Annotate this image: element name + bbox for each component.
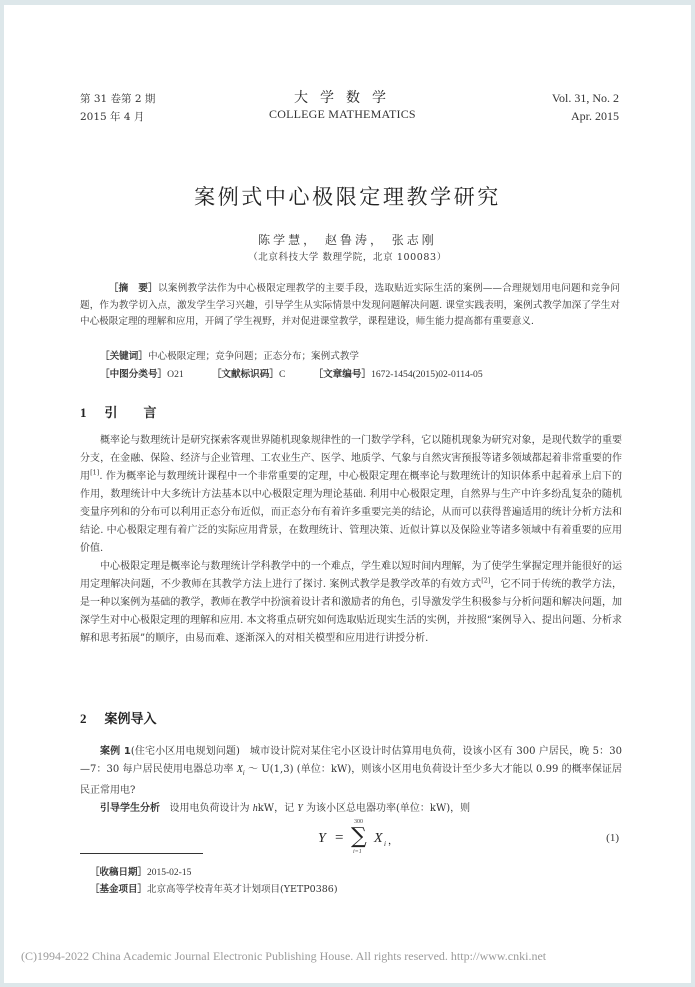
paragraph: 中心极限定理是概率论与数理统计学科教学中的一个难点，学生难以短时间内理解，为了使… [80,558,622,648]
abstract-block: ［摘 要］以案例教学法作为中心极限定理教学的主要手段，选取贴近实际生活的案例——… [80,281,620,331]
case-subtitle: (住宅小区用电规划问题) [131,746,240,757]
paragraph-text: 设用电负荷设计为 [170,803,253,814]
section-2-number: 2 [80,711,87,726]
section-2-body: 案例 1(住宅小区用电规划问题) 城市设计院对某住宅小区设计时估算用电负荷，设该… [80,743,622,818]
abstract-label: ［摘 要］ [109,283,158,294]
equation-number: (1) [606,832,619,844]
header-vol-no: Vol. 31, No. 2 [552,91,619,106]
journal-page: 第 31 卷第 2 期 2015 年 4 月 大学数学 COLLEGE MATH… [4,5,691,983]
guide-paragraph: 引导学生分析 设用电负荷设计为 hkW，记 Y 为该小区总电器功率(单位：kW)… [80,800,622,818]
footnote-rule [80,853,203,854]
section-1-number: 1 [80,405,87,420]
footnote-fund: ［基金项目］北京高等学校青年英才计划项目(YETP0386) [90,881,338,895]
eq-summand: X [374,831,383,847]
section-2-title: 案例导入 [105,712,157,727]
fund-label: ［基金项目］ [90,884,147,895]
paragraph: 概率论与数理统计是研究探索客观世界随机现象规律性的一门数学学科，它以随机现象为研… [80,432,622,558]
paragraph-text: 为该小区总电器功率(单位：kW)，则 [303,803,470,814]
paragraph-text: kW，记 [258,803,298,814]
sum-lower-limit: i=1 [353,849,362,855]
case-1-paragraph: 案例 1(住宅小区用电规划问题) 城市设计院对某住宅小区设计时估算用电负荷，设该… [80,743,622,800]
eq-equals: = [335,830,343,847]
header-month-year: Apr. 2015 [571,109,619,124]
abstract-text: 以案例教学法作为中心极限定理教学的主要手段，选取贴近实际生活的案例——合理规划用… [80,283,620,327]
section-1-heading: 1引 言 [80,402,157,421]
section-1-title: 引 言 [105,406,157,421]
eq-lhs: Y [318,831,326,847]
copyright-notice: (C)1994-2022 China Academic Journal Elec… [21,949,546,964]
section-1-body: 概率论与数理统计是研究探索客观世界随机现象规律性的一门数学学科，它以随机现象为研… [80,432,622,648]
doc-code-label: ［文献标识码］ [212,369,279,380]
article-affiliation: （北京科技大学 数理学院，北京 100083） [4,249,691,263]
clc-value: O21 [167,369,184,380]
article-title: 案例式中心极限定理教学研究 [4,181,691,211]
header-date: 2015 年 4 月 [80,109,144,124]
clc-label: ［中图分类号］ [100,369,167,380]
keywords-line: ［关键词］中心极限定理；竞争问题；正态分布；案例式教学 [100,348,359,362]
keywords-label: ［关键词］ [100,351,148,362]
doc-code-value: C [279,369,285,380]
article-authors: 陈学慧， 赵鲁涛， 张志刚 [4,231,691,248]
paragraph-text: . 作为概率论与数理统计课程中一个非常重要的定理，中心极限定理在概率论与数理统计… [80,471,622,554]
fund-value: 北京高等学校青年英才计划项目(YETP0386) [147,884,338,895]
received-date: 2015-02-15 [147,868,191,878]
summation-icon: ∑ [351,825,367,849]
header-journal-en: COLLEGE MATHEMATICS [269,107,416,122]
case-label: 案例 1 [100,746,131,757]
guide-label: 引导学生分析 [100,803,160,814]
eq-summand-subscript: i [384,840,386,848]
citation-ref[interactable]: [1] [90,469,99,477]
eq-comma: ， [388,832,398,847]
footnote-received: ［收稿日期］2015-02-15 [90,864,191,878]
received-label: ［收稿日期］ [90,867,147,878]
section-2-heading: 2案例导入 [80,708,157,727]
article-number-value: 1672-1454(2015)02-0114-05 [371,369,483,380]
article-number-label: ［文章编号］ [314,369,372,380]
header-journal-cn: 大学数学 [294,87,398,107]
header-volume-issue: 第 31 卷第 2 期 [80,91,155,106]
keywords-text: 中心极限定理；竞争问题；正态分布；案例式教学 [148,351,359,362]
classification-line: ［中图分类号］O21 ［文献标识码］C ［文章编号］1672-1454(2015… [100,366,483,380]
